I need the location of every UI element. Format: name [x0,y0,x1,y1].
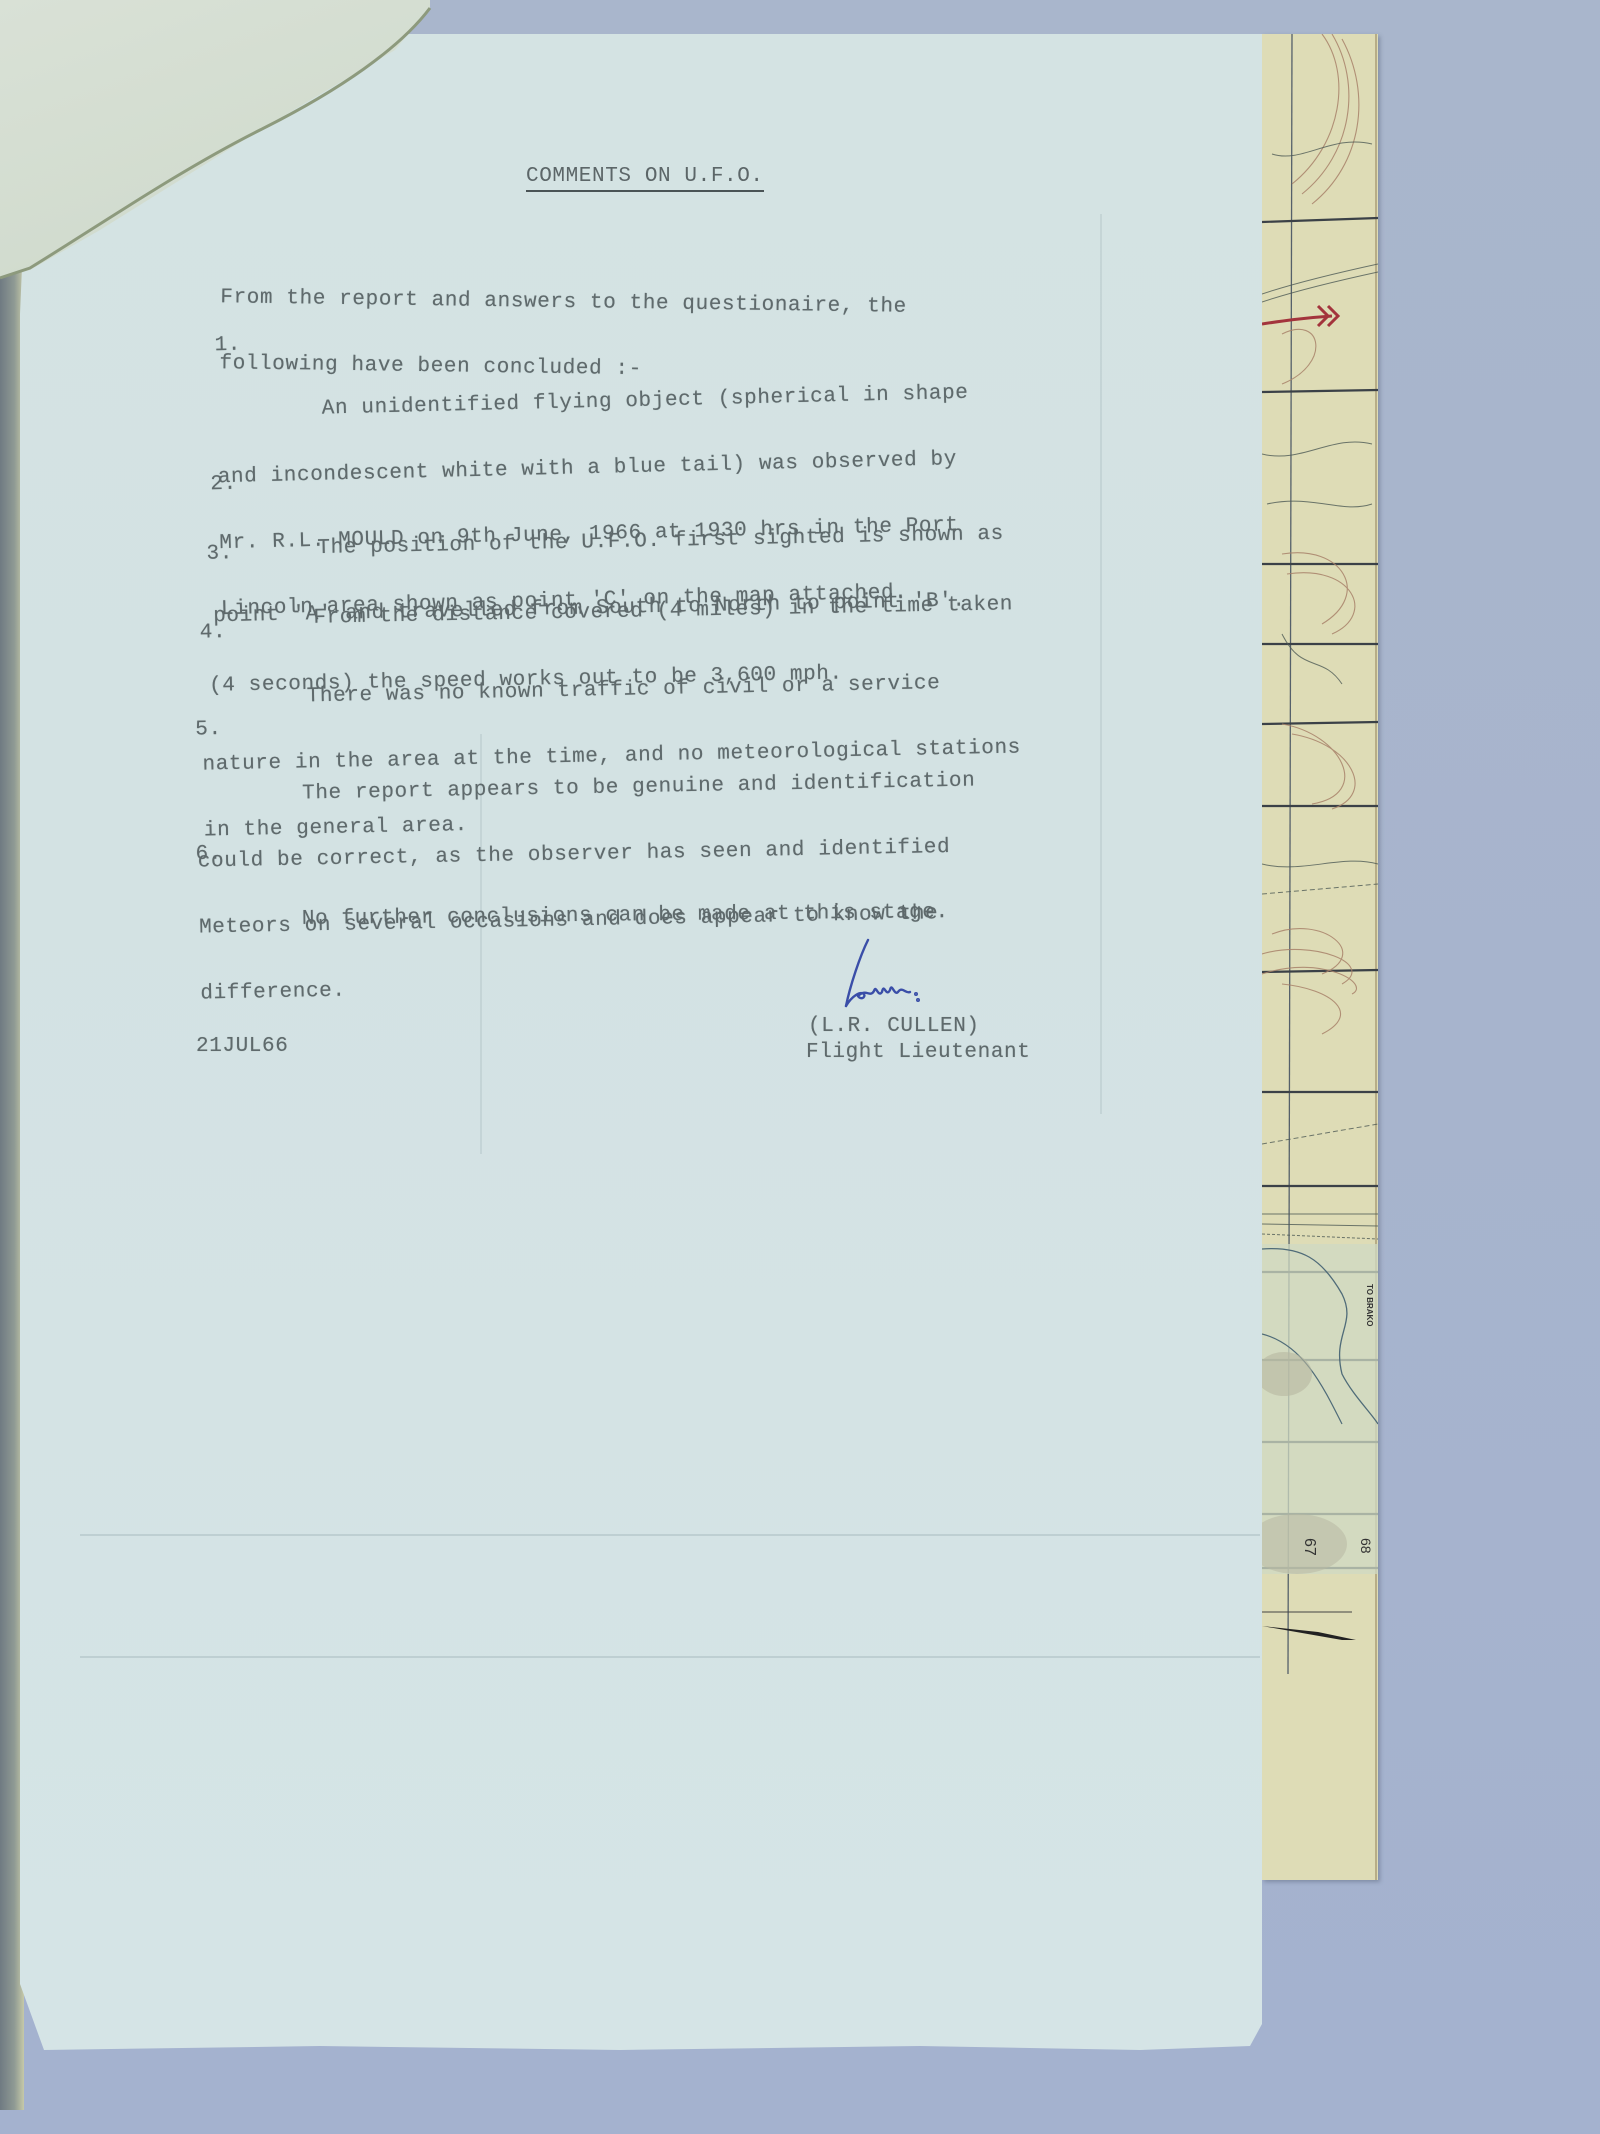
paragraph-number: 2. [210,474,237,497]
attached-map: 67 68 TO BRAKO [1262,34,1378,1880]
paragraph-number: 3. [206,543,233,566]
map-grid-label-68: 68 [1358,1538,1374,1554]
paragraph-number: 1. [214,335,241,358]
signatory-rank: Flight Lieutenant [806,1042,1030,1064]
fold-crease [80,1534,1260,1536]
show-through-line [1100,214,1102,1114]
fold-crease [80,1656,1260,1658]
map-grid-label-67: 67 [1300,1538,1318,1556]
paragraph-number: 5. [195,719,222,742]
map-margin-note: TO BRAKO [1365,1284,1374,1327]
intro-line: From the report and answers to the quest… [220,287,907,319]
paragraph-number: 6. [195,844,222,866]
paragraph-number: 4. [200,622,227,645]
paragraph-line: The report appears to be genuine and ide… [196,771,975,808]
cover-fold-edge [0,0,440,280]
paragraph-line: There was no known traffic of civil or a… [201,671,1020,710]
map-contours [1262,34,1378,1880]
handwritten-signature [830,936,950,1016]
signatory-name: (L.R. CULLEN) [808,1016,980,1038]
document-title: COMMENTS ON U.F.O. [526,165,764,192]
paragraph-line: An unidentified flying object (spherical… [216,383,969,423]
paragraph-line: No further conclusions can be made at th… [196,902,949,932]
document-date: 21JUL66 [196,1036,288,1058]
